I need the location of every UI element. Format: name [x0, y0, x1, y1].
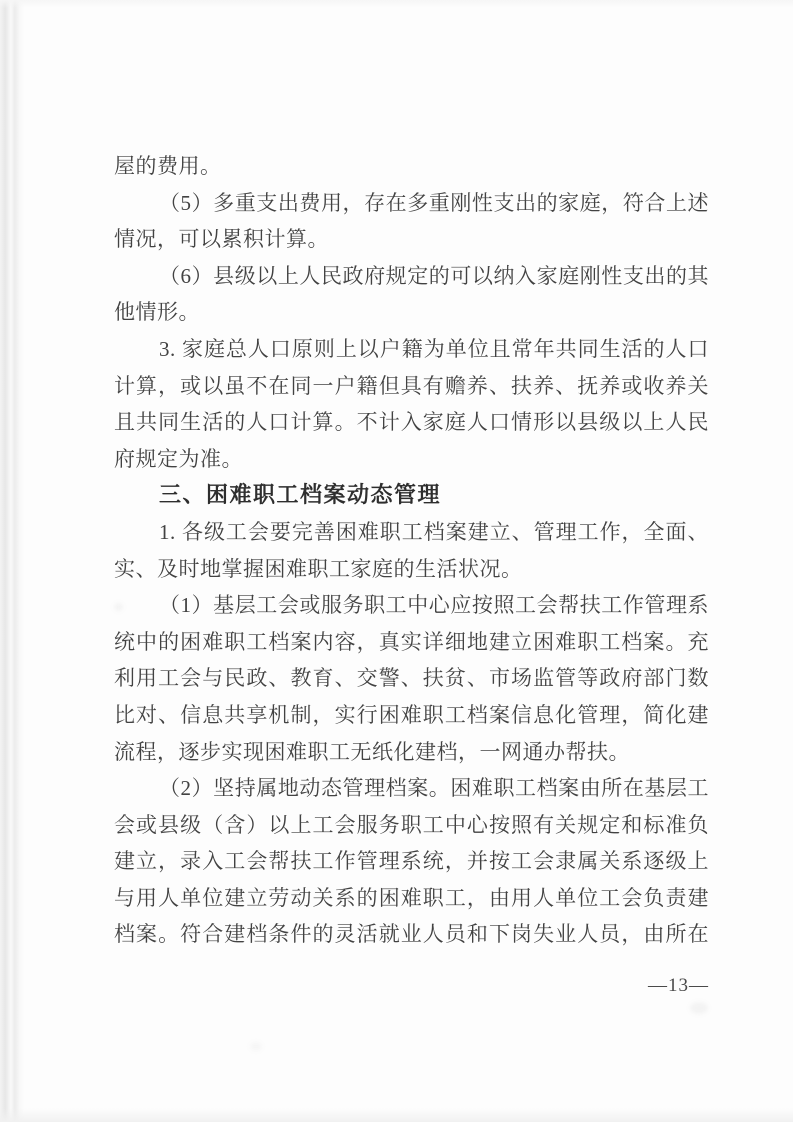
body-text-line: 实、及时地掌握困难职工家庭的生活状况。: [114, 551, 709, 588]
body-text-line: （1）基层工会或服务职工中心应按照工会帮扶工作管理系: [114, 587, 709, 624]
scanned-document-page: 屋的费用。 （5）多重支出费用，存在多重刚性支出的家庭，符合上述 情况，可以累积…: [0, 0, 793, 1122]
body-text-line: 比对、信息共享机制，实行困难职工档案信息化管理，简化建档: [114, 697, 709, 734]
page-number: —13—: [648, 974, 728, 998]
body-text-line: （6）县级以上人民政府规定的可以纳入家庭刚性支出的其: [114, 258, 709, 295]
document-body: 屋的费用。 （5）多重支出费用，存在多重刚性支出的家庭，符合上述 情况，可以累积…: [114, 148, 709, 953]
scan-smudge: [250, 1042, 262, 1051]
scan-smudge: [690, 1002, 708, 1014]
body-text-line: 计算，或以虽不在同一户籍但具有赡养、扶养、抚养或收养关系: [114, 368, 709, 405]
section-heading: 三、困难职工档案动态管理: [114, 477, 709, 514]
body-text-line: 3. 家庭总人口原则上以户籍为单位且常年共同生活的人口: [114, 331, 709, 368]
body-text-line: （2）坚持属地动态管理档案。困难职工档案由所在基层工: [114, 770, 709, 807]
scan-top-edge-shadow: [0, 0, 793, 8]
body-text-line: 与用人单位建立劳动关系的困难职工，由用人单位工会负责建立: [114, 880, 709, 917]
body-text-line: 利用工会与民政、教育、交警、扶贫、市场监管等政府部门数据: [114, 660, 709, 697]
body-text-line: 他情形。: [114, 294, 709, 331]
body-text-line: 1. 各级工会要完善困难职工档案建立、管理工作，全面、真: [114, 514, 709, 551]
body-text-line: 屋的费用。: [114, 148, 709, 185]
body-text-line: 府规定为准。: [114, 441, 709, 478]
body-text-line: 档案。符合建档条件的灵活就业人员和下岗失业人员，由所在街: [114, 916, 709, 953]
body-text-line: 统中的困难职工档案内容，真实详细地建立困难职工档案。充分: [114, 624, 709, 661]
body-text-line: 且共同生活的人口计算。不计入家庭人口情形以县级以上人民政: [114, 404, 709, 441]
body-text-line: 建立，录入工会帮扶工作管理系统，并按工会隶属关系逐级上报。: [114, 843, 709, 880]
body-text-line: （5）多重支出费用，存在多重刚性支出的家庭，符合上述: [114, 185, 709, 222]
body-text-line: 会或县级（含）以上工会服务职工中心按照有关规定和标准负责: [114, 807, 709, 844]
scan-left-gutter-shadow: [0, 0, 24, 1122]
body-text-line: 情况，可以累积计算。: [114, 221, 709, 258]
scan-bottom-edge-shadow: [0, 1108, 793, 1122]
body-text-line: 流程，逐步实现困难职工无纸化建档，一网通办帮扶。: [114, 734, 709, 771]
